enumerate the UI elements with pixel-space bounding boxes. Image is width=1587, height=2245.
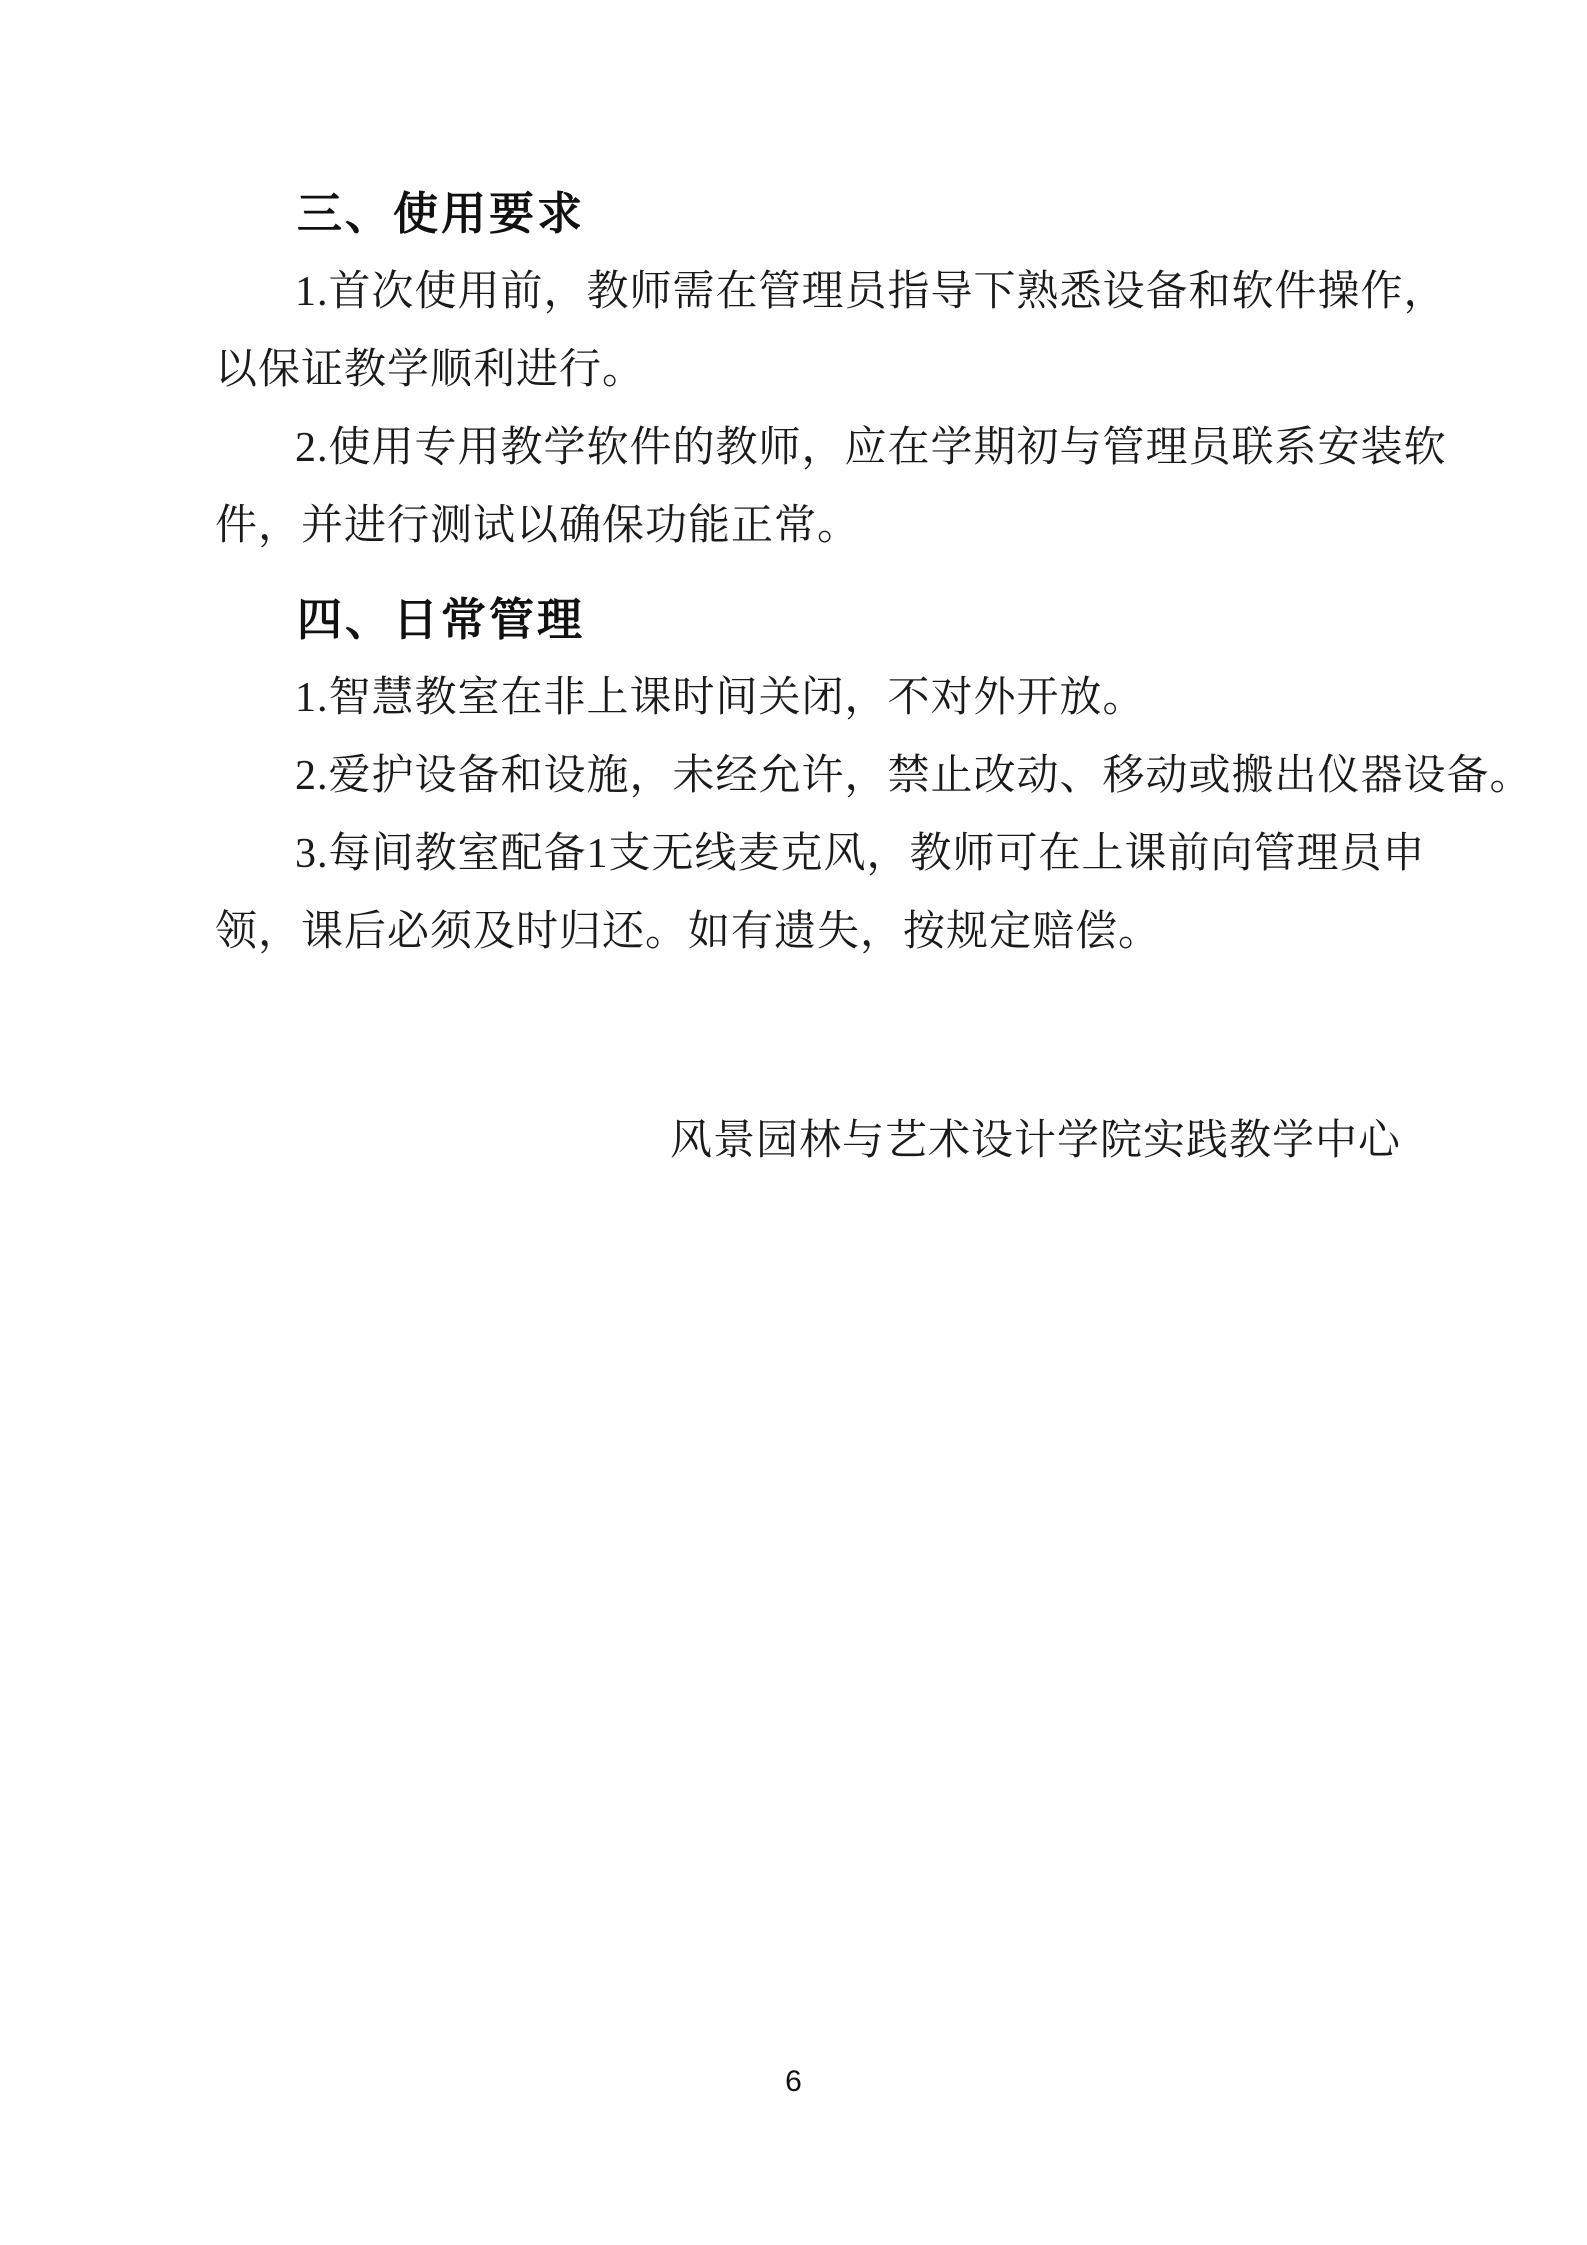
paragraph-line: 2.爱护设备和设施，未经允许，禁止改动、移动或搬出仪器设备。	[215, 737, 1415, 815]
paragraph-line: 1.智慧教室在非上课时间关闭，不对外开放。	[215, 659, 1415, 737]
paragraph-line: 2.使用专用教学软件的教师，应在学期初与管理员联系安装软	[215, 409, 1415, 487]
page-number: 6	[0, 2062, 1587, 2102]
signature-line: 风景园林与艺术设计学院实践教学中心	[215, 1102, 1415, 1180]
paragraph-line: 3.每间教室配备1支无线麦克风，教师可在上课前向管理员申	[215, 815, 1415, 893]
section-heading-usage-requirements: 三、使用要求	[297, 175, 1415, 253]
paragraph-line: 以保证教学顺利进行。	[215, 331, 1415, 409]
section-heading-daily-management: 四、日常管理	[297, 581, 1415, 659]
paragraph-line: 领，课后必须及时归还。如有遗失，按规定赔偿。	[215, 893, 1415, 971]
document-page: 三、使用要求 1.首次使用前，教师需在管理员指导下熟悉设备和软件操作， 以保证教…	[0, 0, 1587, 2245]
paragraph-line: 1.首次使用前，教师需在管理员指导下熟悉设备和软件操作，	[215, 253, 1415, 331]
paragraph-line: 件，并进行测试以确保功能正常。	[215, 487, 1415, 565]
